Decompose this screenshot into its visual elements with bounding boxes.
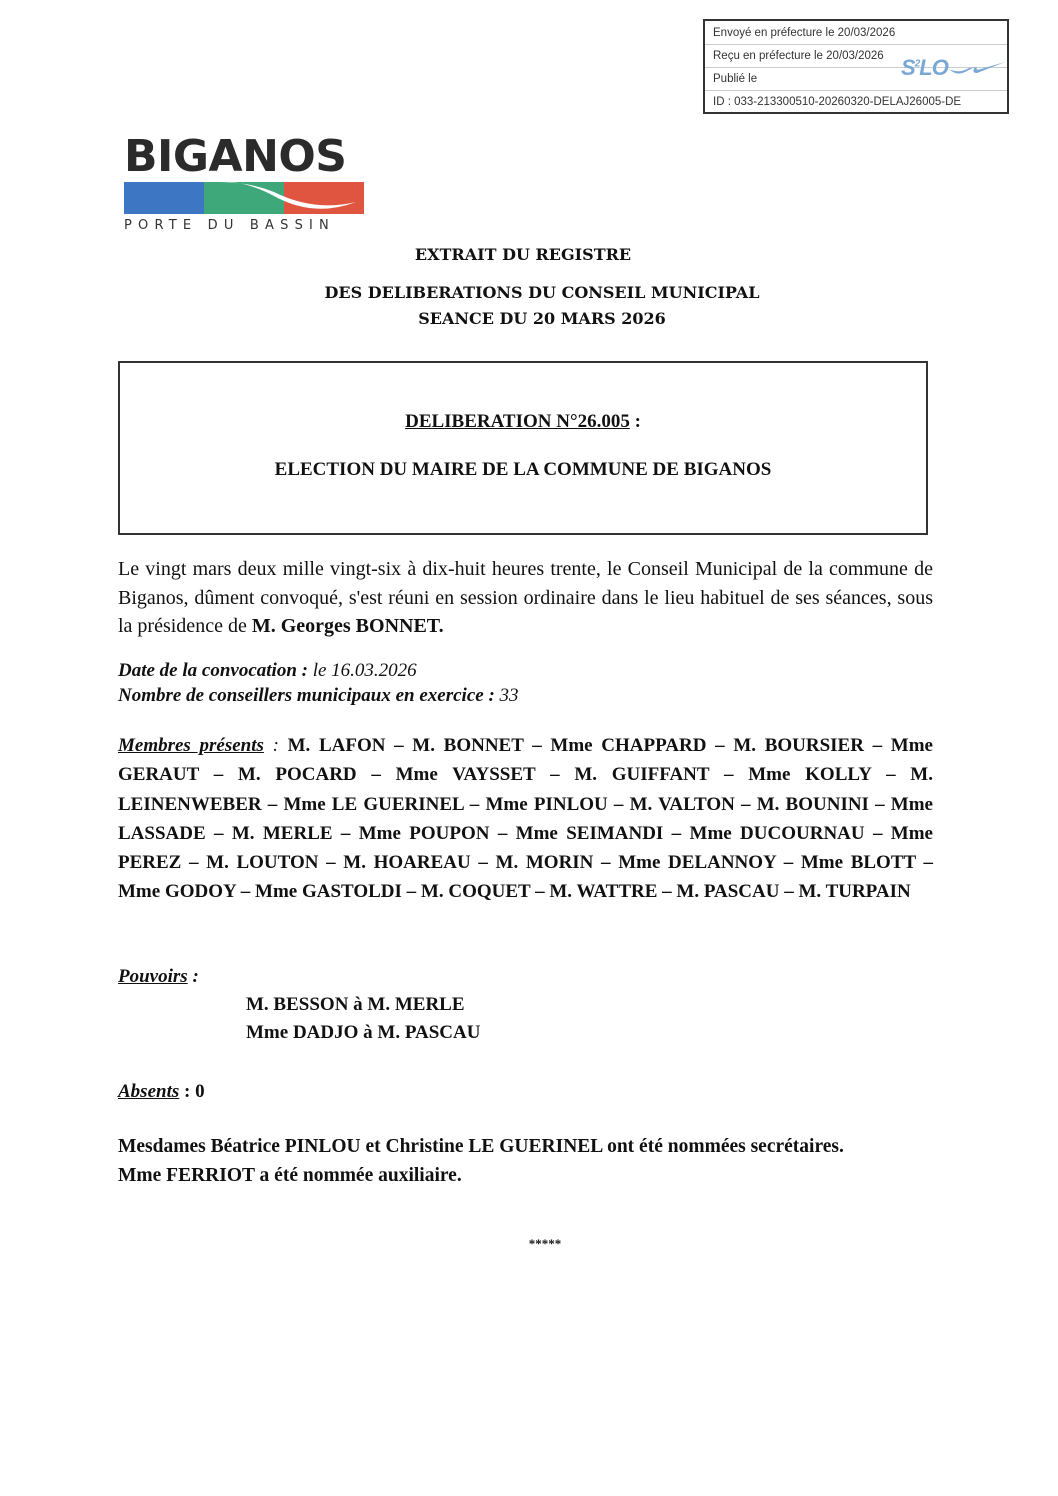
proxies-colon: : xyxy=(188,966,199,987)
absents-value: : 0 xyxy=(179,1081,204,1102)
stamp-received-date: Reçu en préfecture le 20/03/2026 xyxy=(713,50,884,62)
logo-tagline: PORTE DU BASSIN xyxy=(124,218,366,233)
session-title: SEANCE DU 20 MARS 2026 xyxy=(13,309,1058,328)
prefecture-stamp: Envoyé en préfecture le 20/03/2026 Reçu … xyxy=(703,19,1009,114)
intro-text: Le vingt mars deux mille vingt-six à dix… xyxy=(118,558,933,637)
members-label: Membres présents xyxy=(118,735,264,756)
s2lo-text: S xyxy=(901,55,915,80)
stamp-sent-date: Envoyé en préfecture le 20/03/2026 xyxy=(713,27,895,39)
check-swoosh-icon xyxy=(947,59,1007,79)
wave-icon xyxy=(124,182,364,214)
councillor-count: Nombre de conseillers municipaux en exer… xyxy=(118,685,519,707)
secretaries-line: Mesdames Béatrice PINLOU et Christine LE… xyxy=(118,1136,844,1158)
s2lo-text2: LO xyxy=(919,55,948,80)
proxies-label: Pouvoirs xyxy=(118,966,188,987)
auxiliary-line: Mme FERRIOT a été nommée auxiliaire. xyxy=(118,1165,462,1187)
divider xyxy=(705,90,1007,91)
separator-stars: ***** xyxy=(16,1236,1058,1252)
councillor-count-value: 33 xyxy=(495,685,519,706)
convocation-date-label: Date de la convocation : xyxy=(118,660,308,681)
intro-paragraph: Le vingt mars deux mille vingt-six à dix… xyxy=(118,555,933,641)
deliberation-number-line: DELIBERATION N°26.005 : xyxy=(120,411,926,433)
members-colon: : xyxy=(264,735,288,756)
councillor-count-label: Nombre de conseillers municipaux en exer… xyxy=(118,685,495,706)
deliberation-title: ELECTION DU MAIRE DE LA COMMUNE DE BIGAN… xyxy=(120,459,926,481)
stamp-published: Publié le xyxy=(713,73,757,85)
absents-label: Absents xyxy=(118,1081,179,1102)
biganos-logo: BIGANOS PORTE DU BASSIN xyxy=(124,135,366,233)
deliberation-box: DELIBERATION N°26.005 : ELECTION DU MAIR… xyxy=(118,361,928,535)
proxy-item: Mme DADJO à M. PASCAU xyxy=(246,1022,480,1044)
convocation-date: Date de la convocation : le 16.03.2026 xyxy=(118,660,417,682)
divider xyxy=(705,44,1007,45)
president-name: M. Georges BONNET. xyxy=(252,615,444,637)
s2lo-logo: S2LO xyxy=(901,55,948,81)
stamp-id: ID : 033-213300510-20260320-DELAJ26005-D… xyxy=(713,96,961,108)
deliberation-number: DELIBERATION N°26.005 xyxy=(405,411,630,432)
members-present: Membres présents : M. LAFON – M. BONNET … xyxy=(118,731,933,907)
logo-wordmark: BIGANOS xyxy=(124,135,366,179)
proxies-heading: Pouvoirs : xyxy=(118,966,199,988)
absents: Absents : 0 xyxy=(118,1081,205,1103)
deliberation-number-suffix: : xyxy=(630,411,641,432)
register-title: EXTRAIT DU REGISTRE xyxy=(0,245,1052,264)
proxy-item: M. BESSON à M. MERLE xyxy=(246,994,465,1016)
convocation-date-value: le 16.03.2026 xyxy=(308,660,417,681)
deliberations-title: DES DELIBERATIONS DU CONSEIL MUNICIPAL xyxy=(13,283,1058,302)
logo-color-band xyxy=(124,182,364,214)
members-list: M. LAFON – M. BONNET – Mme CHAPPARD – M.… xyxy=(118,735,933,902)
